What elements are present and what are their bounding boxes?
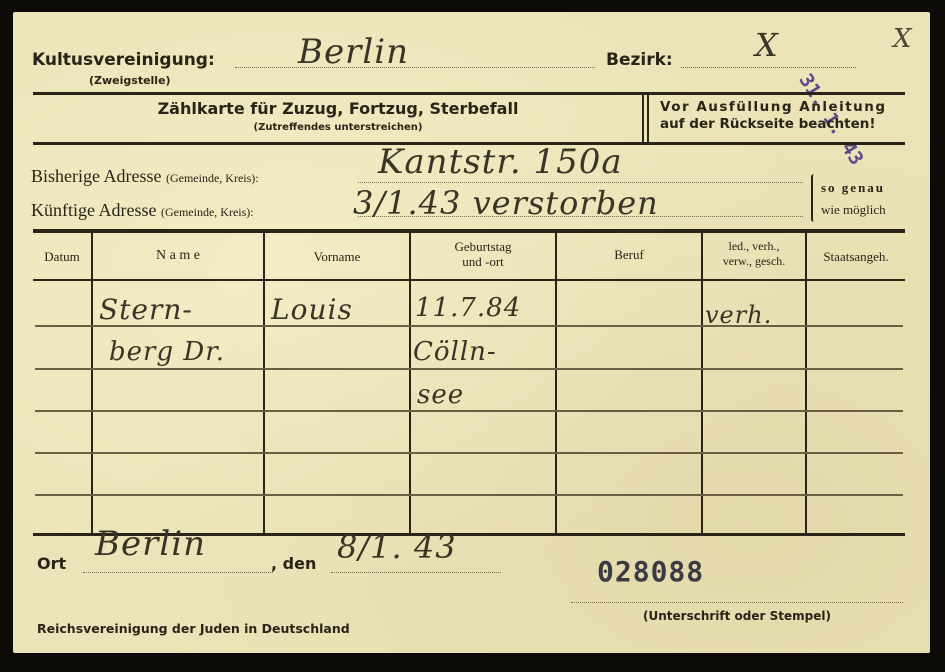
title-divider-right [647,95,649,143]
den-value: 8/1. 43 [337,528,457,566]
title-divider-left [642,95,644,143]
col-divider-3 [409,231,411,534]
col-header-staat: Staatsangeh. [807,249,905,264]
cell-geburt-row2: Cölln- [413,337,497,367]
bezirk-dotted-line [681,67,856,68]
table-top-rule [33,229,905,233]
notice-line-2: auf der Rückseite beachten! [660,116,905,133]
future-address-label: Künftige Adresse (Gemeinde, Kreis): [31,200,254,221]
col-header-stand: led., verh., verw., gesch. [703,239,805,269]
previous-address-main: Bisherige Adresse [31,166,161,186]
bracket-note-1: so genau [821,177,886,199]
col-divider-6 [805,231,807,534]
den-label: , den [271,554,316,573]
signature-caption: (Unterschrift oder Stempel) [571,609,903,623]
row-line [35,368,903,370]
col-header-geburt-1: Geburtstag [411,239,555,254]
cell-name-row1: Stern- [99,293,193,326]
col-divider-2 [263,231,265,534]
row-line [35,494,903,496]
card-title: Zählkarte für Zuzug, Fortzug, Sterbefall [33,99,643,118]
census-card: Kultusvereinigung: (Zweigstelle) Berlin … [13,12,930,653]
organization-name: Reichsvereinigung der Juden in Deutschla… [37,621,350,636]
top-rule [33,92,905,95]
cell-geburt-row1: 11.7.84 [415,293,521,323]
serial-number-stamp: 028088 [597,555,704,588]
ort-label: Ort [37,554,66,573]
col-header-stand-2: verw., gesch. [703,254,805,269]
table-header-rule [33,279,905,281]
col-header-datum: Datum [33,249,91,264]
col-header-stand-1: led., verh., [703,239,805,254]
col-header-geburt-2: und -ort [411,254,555,269]
cell-name-row2: berg Dr. [109,337,225,367]
previous-address-value: Kantstr. 150a [378,142,623,182]
row-line [35,410,903,412]
row-line [35,452,903,454]
future-address-value: 3/1.43 verstorben [353,184,659,222]
col-header-name: N a m e [93,248,263,263]
cell-vorname-row1: Louis [271,293,353,326]
den-dotted-line [331,572,501,573]
notice-line-1: Vor Ausfüllung Anleitung [660,99,905,116]
col-header-geburt: Geburtstag und -ort [411,239,555,269]
kultus-dotted-line [235,67,595,68]
previous-address-label: Bisherige Adresse (Gemeinde, Kreis): [31,166,259,187]
cell-stand-row1: verh. [705,301,772,329]
signature-line [571,602,903,603]
bracket-note: so genau wie möglich [821,177,886,221]
instruction-notice: Vor Ausfüllung Anleitung auf der Rücksei… [660,99,905,133]
bezirk-value: X [755,26,779,64]
kultus-label: Kultusvereinigung: [32,50,215,70]
cell-geburt-row3: see [417,380,464,410]
col-divider-1 [91,231,93,534]
bezirk-label: Bezirk: [606,50,673,70]
corner-check-mark: X [893,24,913,54]
kultus-sub-label: (Zweigstelle) [89,74,171,87]
future-address-sub: (Gemeinde, Kreis): [161,205,254,219]
previous-address-line [358,182,803,183]
bracket [811,174,817,222]
kultus-value: Berlin [298,32,409,72]
ort-dotted-line [83,572,273,573]
card-subtitle: (Zutreffendes unterstreichen) [33,122,643,133]
bracket-note-2: wie möglich [821,199,886,221]
col-divider-4 [555,231,557,534]
col-header-vorname: Vorname [265,249,409,264]
previous-address-sub: (Gemeinde, Kreis): [166,171,259,185]
ort-value: Berlin [95,524,206,564]
future-address-main: Künftige Adresse [31,200,156,220]
col-header-beruf: Beruf [557,247,701,262]
col-divider-5 [701,231,703,534]
